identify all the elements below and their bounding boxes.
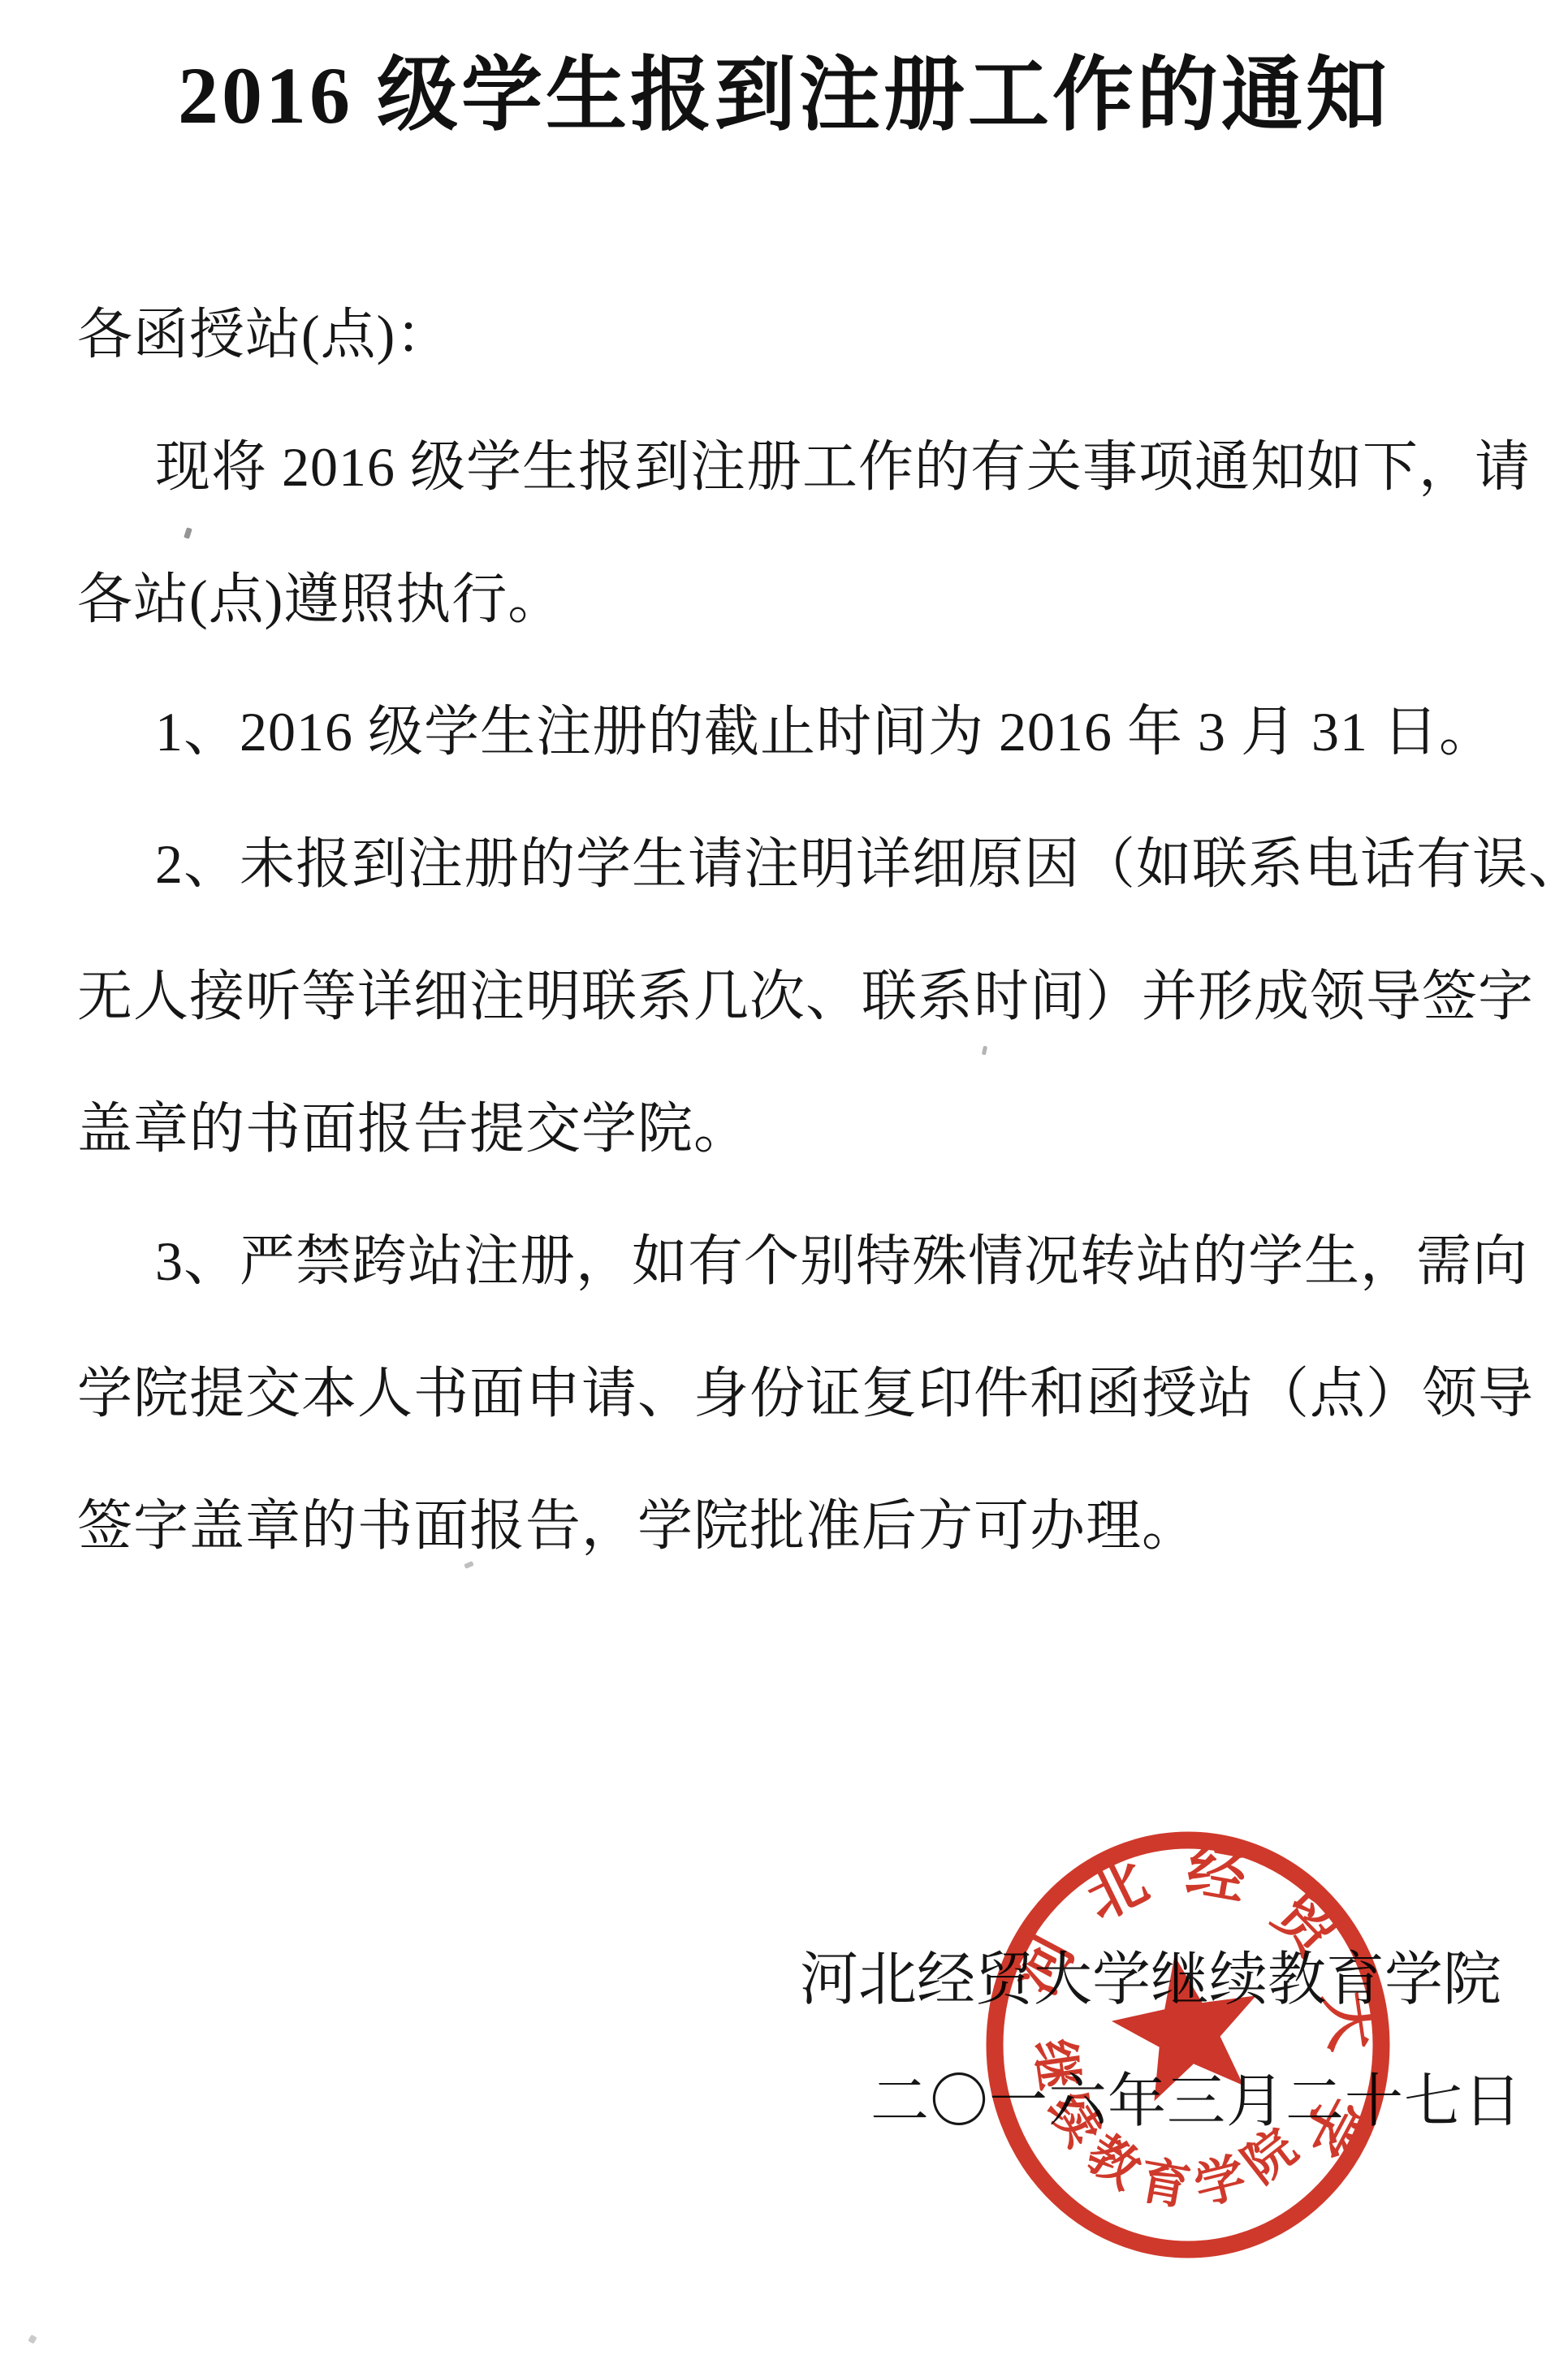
body-line: 现将 2016 级学生报到注册工作的有关事项通知如下，请 <box>77 401 1518 534</box>
body-line: 各站(点)遵照执行。 <box>77 534 1518 666</box>
body-line: 签字盖章的书面报告，学院批准后方可办理。 <box>77 1460 1518 1593</box>
body-line-item-2: 2、未报到注册的学生请注明详细原因（如联系电话有误、 <box>77 798 1518 931</box>
official-seal: 河 北 经 贸 大 学 继 续 教 育 学 院 <box>928 1777 1448 2313</box>
body-line: 无人接听等详细注明联系几次、联系时间）并形成领导签字 <box>77 931 1518 1063</box>
seal-char: 继 <box>1025 2036 1086 2094</box>
seal-char: 育 <box>1135 2152 1194 2216</box>
body-line: 学院提交本人书面申请、身份证复印件和函授站（点）领导 <box>77 1328 1518 1460</box>
body-line: 盖章的书面报告提交学院。 <box>77 1063 1518 1195</box>
body-line-item-1: 1、2016 级学生注册的截止时间为 2016 年 3 月 31 日。 <box>77 666 1518 798</box>
scanned-notice-page: { "page": { "background": "#ffffff", "in… <box>0 0 1568 2364</box>
notice-body: 各函授站(点)： 现将 2016 级学生报到注册工作的有关事项通知如下，请 各站… <box>77 269 1518 1593</box>
page-title: 2016 级学生报到注册工作的通知 <box>0 29 1568 146</box>
seal-star-icon <box>1112 1956 1256 2101</box>
salutation-line: 各函授站(点)： <box>77 269 1518 401</box>
body-line-item-3: 3、严禁跨站注册，如有个别特殊情况转站的学生，需向 <box>77 1195 1518 1328</box>
seal-char: 贸 <box>1261 1882 1350 1970</box>
seal-char: 大 <box>1312 1987 1384 2054</box>
scan-speck <box>28 2335 37 2345</box>
seal-char: 经 <box>1181 1839 1251 1912</box>
